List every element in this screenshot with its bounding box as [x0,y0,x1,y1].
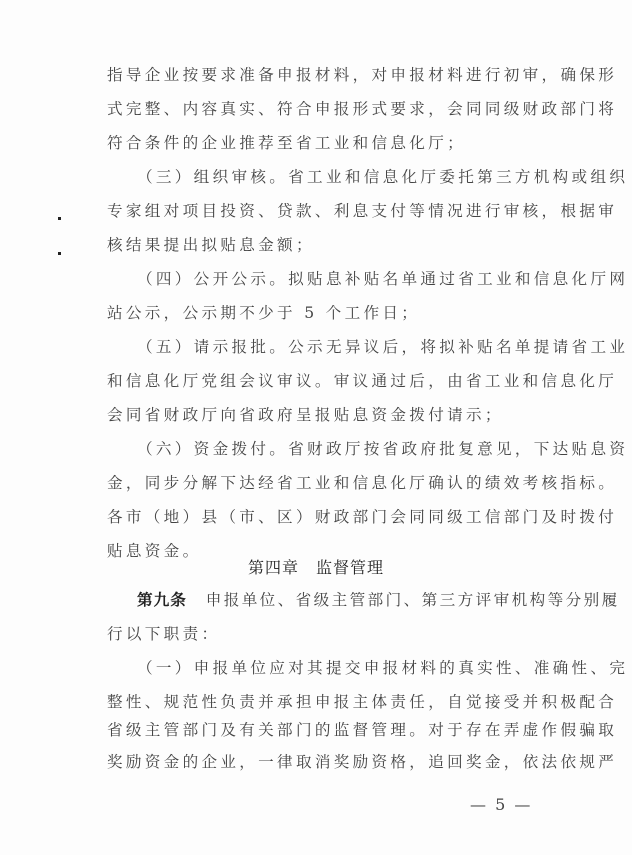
article-heading: 第九条 [137,591,187,609]
document-page: 指导企业按要求准备申报材料，对申报材料进行初审，确保形 式完整、内容真实、符合申… [0,0,632,855]
paragraph-line: 整性、规范性负责并承担申报主体责任，自觉接受并积极配合 [107,690,527,714]
margin-mark [58,252,61,255]
paragraph-line: 指导企业按要求准备申报材料，对申报材料进行初审，确保形 [107,63,527,87]
article-text: 申报单位、省级主管部门、第三方评审机构等分别履 [206,591,620,609]
paragraph-line: 站公示，公示期不少于 5 个工作日； [107,301,527,325]
paragraph-line: 核结果提出拟贴息金额； [107,233,527,257]
margin-mark [58,217,61,220]
paragraph-line: 符合条件的企业推荐至省工业和信息化厅； [107,131,527,155]
page-number: — 5 — [470,795,532,814]
paragraph-line: 省级主管部门及有关部门的监督管理。对于存在弄虚作假骗取 [107,718,527,742]
paragraph-line: （一）申报单位应对其提交申报材料的真实性、准确性、完 [137,656,557,680]
paragraph-line: 会同省财政厅向省政府呈报贴息资金拨付请示； [107,403,527,427]
paragraph-line: 各市（地）县（市、区）财政部门会同同级工信部门及时拨付 [107,505,527,529]
article-line: 第九条 申报单位、省级主管部门、第三方评审机构等分别履 [137,588,557,612]
paragraph-line: 金，同步分解下达经省工业和信息化厅确认的绩效考核指标。 [107,471,527,495]
paragraph-line: 奖励资金的企业，一律取消奖励资格，追回奖金，依法依规严 [107,750,527,774]
paragraph-line: 和信息化厅党组会议审议。审议通过后，由省工业和信息化厅 [107,369,527,393]
paragraph-line: （三）组织审核。省工业和信息化厅委托第三方机构或组织 [137,165,557,189]
paragraph-line: 行以下职责： [107,622,527,646]
paragraph-line: 式完整、内容真实、符合申报形式要求，会同同级财政部门将 [107,97,527,121]
chapter-title: 第四章 监督管理 [0,556,632,580]
paragraph-line: （五）请示报批。公示无异议后，将拟补贴名单提请省工业 [137,335,557,359]
paragraph-line: （六）资金拨付。省财政厅按省政府批复意见，下达贴息资 [137,437,557,461]
paragraph-line: 专家组对项目投资、贷款、利息支付等情况进行审核，根据审 [107,199,527,223]
paragraph-line: （四）公开公示。拟贴息补贴名单通过省工业和信息化厅网 [137,267,557,291]
